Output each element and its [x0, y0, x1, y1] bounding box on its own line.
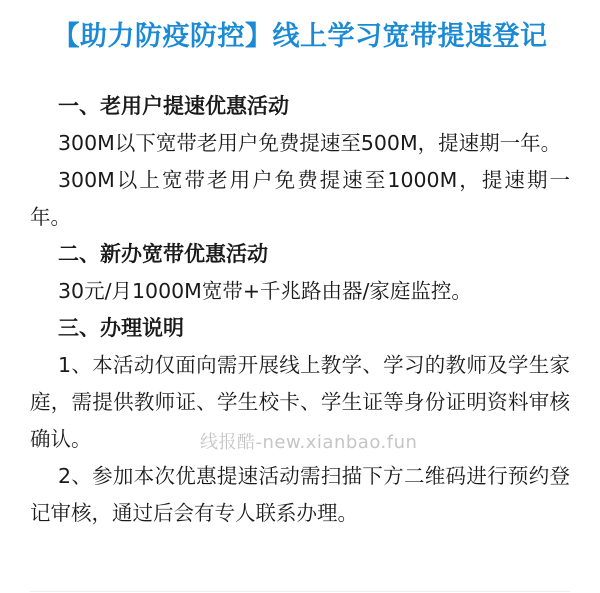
- paragraph-below-300m: 300M以下宽带老用户免费提速至500M，提速期一年。: [30, 125, 570, 162]
- document-title: 【助力防疫防控】线上学习宽带提速登记: [0, 14, 600, 53]
- section-heading-instructions: 三、办理说明: [30, 310, 570, 347]
- paragraph-new-broadband-offer: 30元/月1000M宽带+千兆路由器/家庭监控。: [30, 273, 570, 310]
- document-body: 一、老用户提速优惠活动 300M以下宽带老用户免费提速至500M，提速期一年。 …: [30, 88, 570, 532]
- section-heading-new-broadband: 二、新办宽带优惠活动: [30, 236, 570, 273]
- paragraph-eligibility: 1、本活动仅面向需开展线上教学、学习的教师及学生家庭，需提供教师证、学生校卡、学…: [30, 347, 570, 458]
- paragraph-above-300m: 300M以上宽带老用户免费提速至1000M，提速期一年。: [30, 162, 570, 236]
- section-heading-old-user-speedup: 一、老用户提速优惠活动: [30, 88, 570, 125]
- bottom-divider: [30, 591, 570, 592]
- paragraph-registration: 2、参加本次优惠提速活动需扫描下方二维码进行预约登记审核，通过后会有专人联系办理…: [30, 458, 570, 532]
